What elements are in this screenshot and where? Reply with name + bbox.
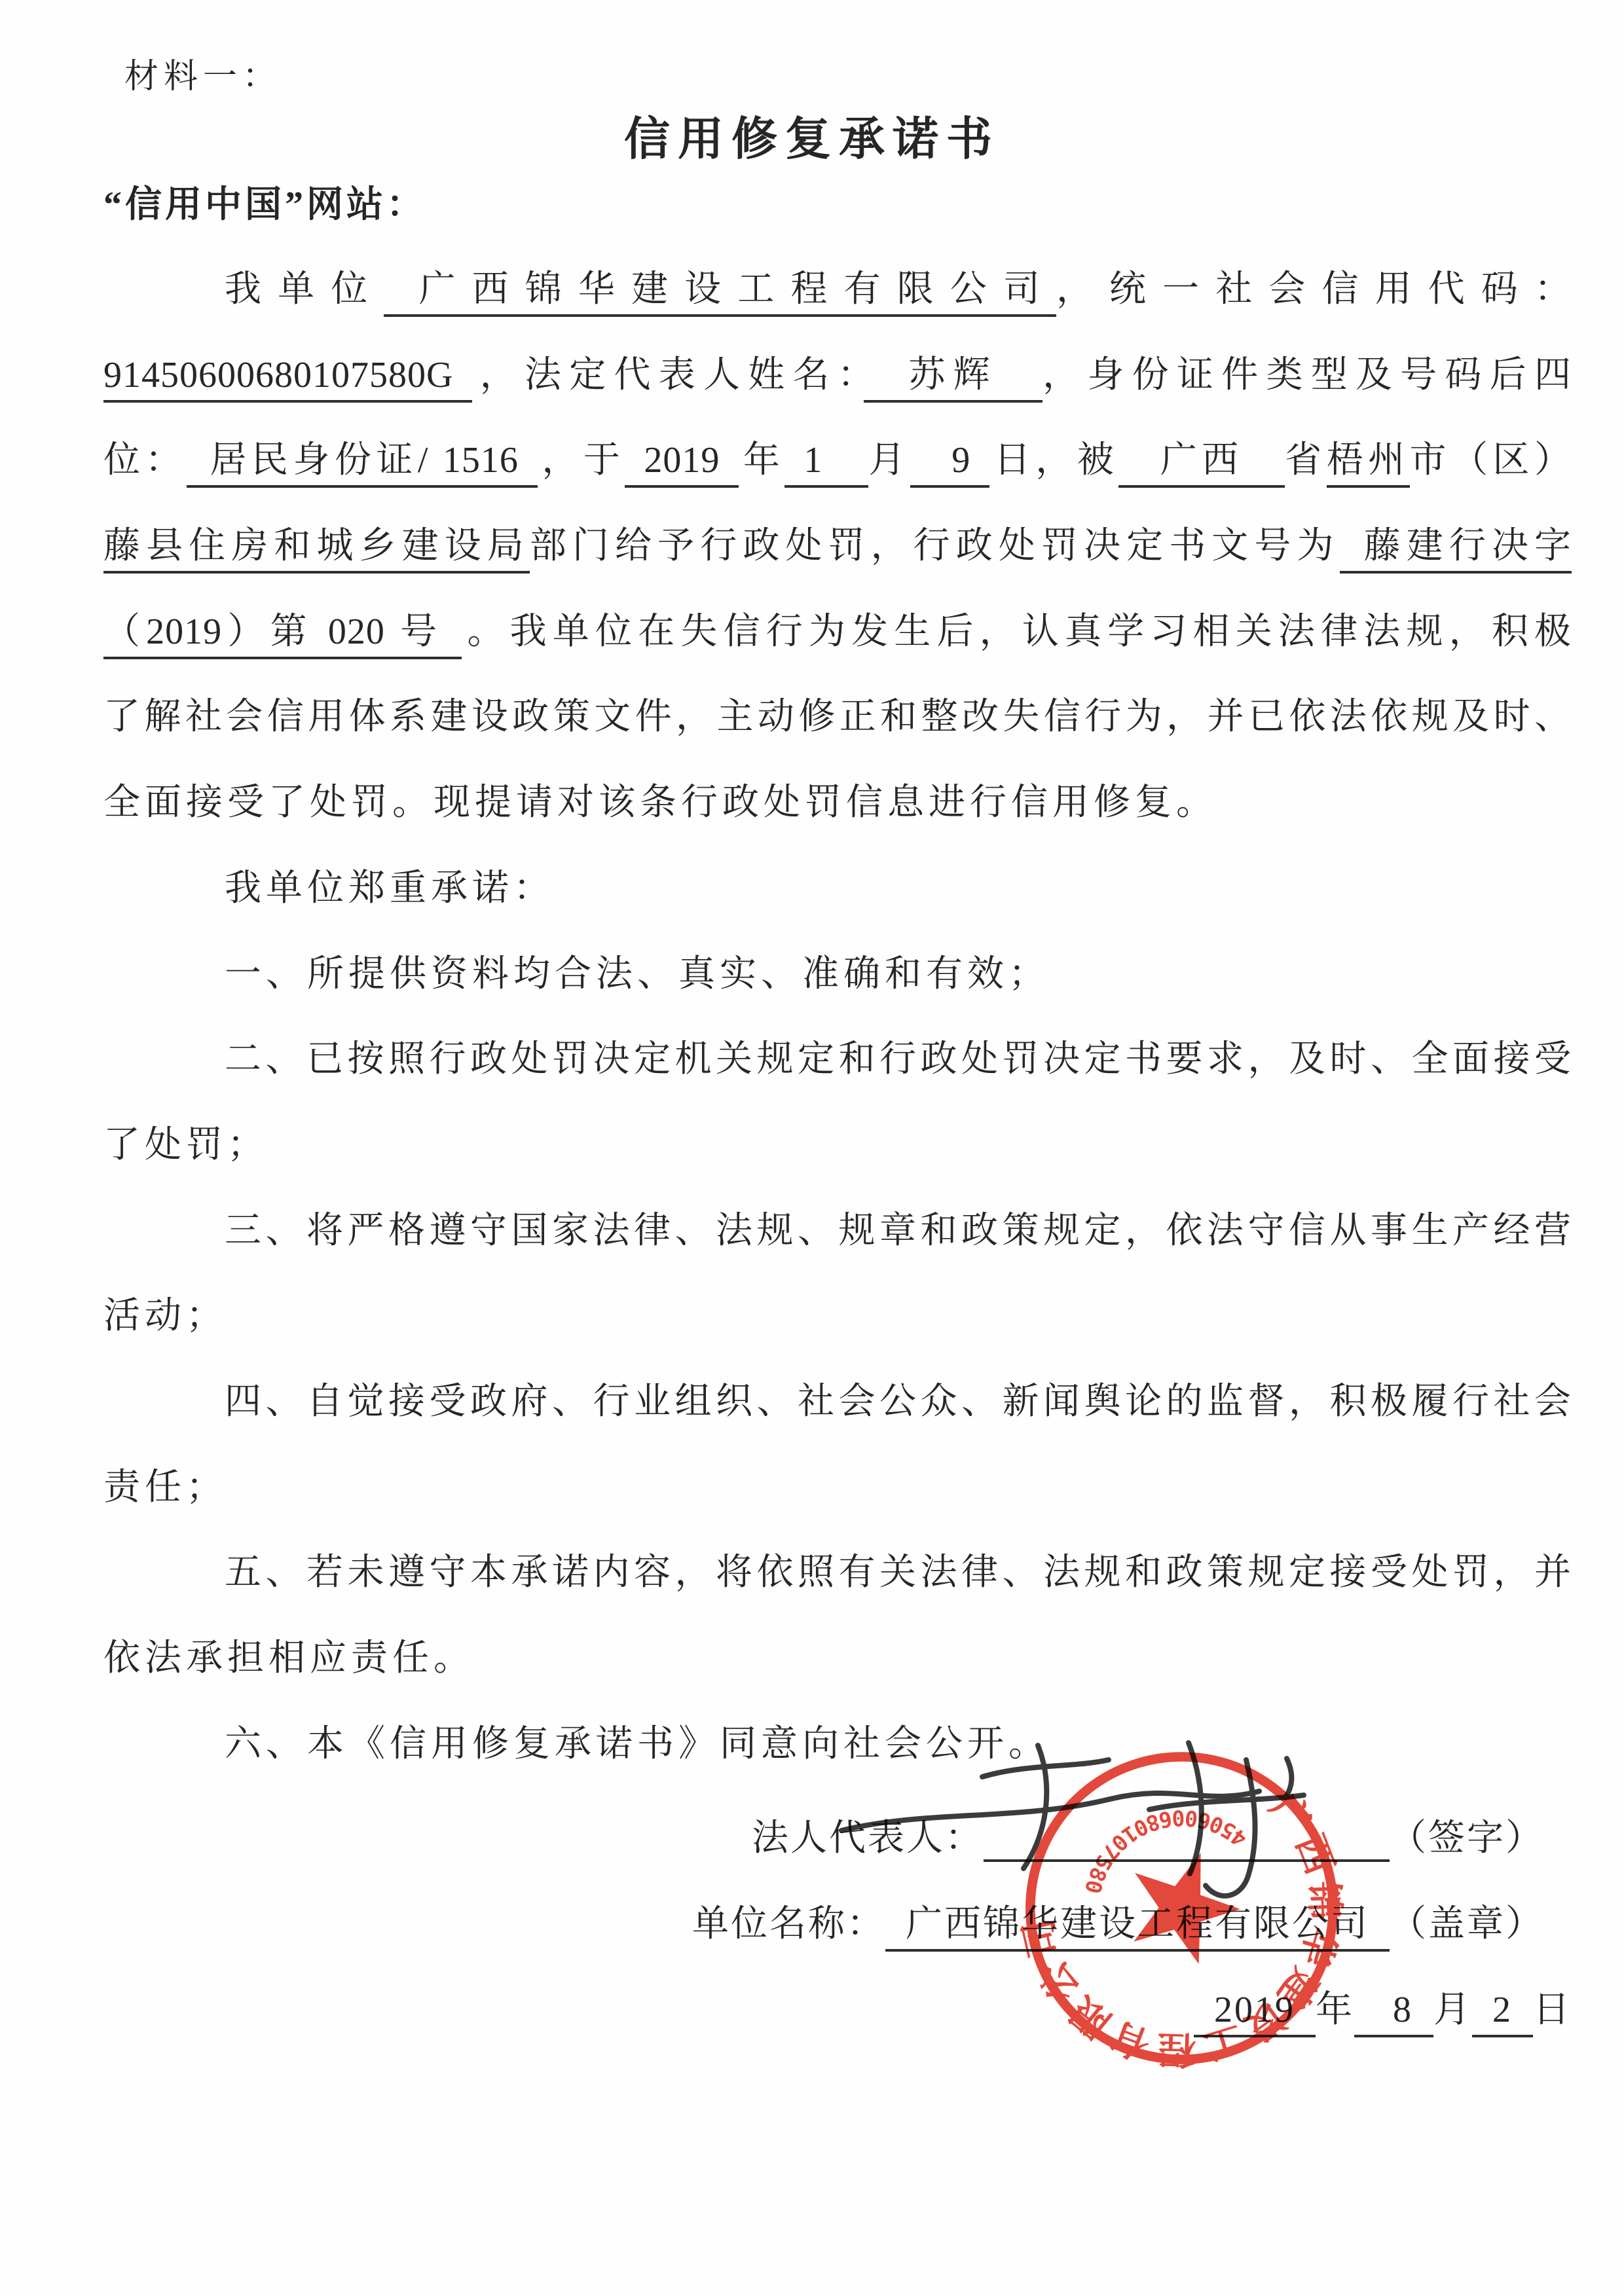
text-segment: 部门给予行政处罚，行政处罚决定书文号为	[530, 526, 1340, 566]
document-text-line: 五、若未遵守本承诺内容，将依照有关法律、法规和政策规定接受处罚，并	[103, 1530, 1572, 1616]
text-segment: 省	[1285, 440, 1326, 481]
document-text-line: 四、自觉接受政府、行业组织、社会公众、新闻舆论的监督，积极履行社会	[103, 1359, 1572, 1445]
text-segment: 年	[1316, 1990, 1354, 2030]
date-line: 2019 年 8 月 2 日	[103, 1967, 1572, 2053]
filled-form-field: 梧州	[1327, 440, 1410, 488]
filled-form-field: 广西锦华建设工程有限公司	[384, 269, 1056, 317]
filled-form-field: 藤建行决字	[1340, 526, 1572, 574]
document-text-line: 藤县住房和城乡建设局部门给予行政处罚，行政处罚决定书文号为 藤建行决字	[103, 503, 1572, 589]
text-segment: ，法定代表人姓名：	[472, 355, 864, 395]
document-title: 信用修复承诺书	[0, 102, 1624, 168]
document-text-line: 了解社会信用体系建设政策文件，主动修正和整改失信行为，并已依法依规及时、	[103, 674, 1572, 760]
text-segment: 三、将严格遵守国家法律、法规、规章和政策规定，依法守信从事生产经营	[225, 1211, 1572, 1251]
filled-form-field: 居民身份证/ 1516	[187, 440, 538, 488]
text-segment: 日，被	[989, 440, 1118, 481]
text-segment: 活动；	[103, 1296, 227, 1336]
document-text-line: 了处罚；	[103, 1102, 1572, 1188]
filled-form-field: 2019	[1194, 1990, 1316, 2037]
text-segment: 二、已按照行政处罚决定机关规定和行政处罚决定书要求，及时、全面接受	[225, 1039, 1572, 1080]
text-segment: 日	[1533, 1990, 1572, 2030]
filled-form-field: 8	[1354, 1990, 1433, 2037]
text-segment: 位：	[103, 440, 187, 481]
text-segment: 五、若未遵守本承诺内容，将依照有关法律、法规和政策规定接受处罚，并	[225, 1552, 1572, 1593]
text-segment: 月	[868, 440, 910, 481]
text-segment: 法人代表人：	[752, 1818, 984, 1859]
document-text-line: 三、将严格遵守国家法律、法规、规章和政策规定，依法守信从事生产经营	[103, 1188, 1572, 1274]
material-label: 材料一：	[124, 48, 282, 98]
text-segment: （签字）	[1390, 1818, 1544, 1859]
filled-form-field: 苏辉	[864, 355, 1043, 403]
text-segment: 六、本《信用修复承诺书》同意向社会公开。	[225, 1724, 1050, 1764]
document-body: 我单位 广西锦华建设工程有限公司，统一社会信用代码：91450600680107…	[103, 247, 1572, 2052]
document-text-line: 依法承担相应责任。	[103, 1616, 1572, 1702]
filled-form-field: 91450600680107580G	[103, 355, 472, 403]
company-name-line: 单位名称： 广西锦华建设工程有限公司 （盖章）	[103, 1882, 1572, 1967]
text-segment: 全面接受了处罚。现提请对该条行政处罚信息进行信用修复。	[103, 782, 1217, 823]
filled-form-field: 广西锦华建设工程有限公司	[885, 1904, 1390, 1952]
text-segment: ，统一社会信用代码：	[1056, 269, 1572, 310]
text-segment: 年	[739, 440, 784, 481]
text-segment: 一、所提供资料均合法、真实、准确和有效；	[225, 954, 1050, 994]
filled-form-field: 藤县住房和城乡建设局	[103, 526, 530, 574]
document-text-line: 我单位 广西锦华建设工程有限公司，统一社会信用代码：	[103, 247, 1572, 333]
document-text-line: 91450600680107580G ，法定代表人姓名： 苏辉 ，身份证件类型及…	[103, 333, 1572, 418]
filled-form-field: 广西	[1118, 440, 1285, 488]
text-segment: （盖章）	[1390, 1904, 1544, 1944]
text-segment: 了解社会信用体系建设政策文件，主动修正和整改失信行为，并已依法依规及时、	[103, 697, 1572, 737]
document-text-line: 六、本《信用修复承诺书》同意向社会公开。	[103, 1702, 1572, 1787]
text-segment: ，身份证件类型及号码后四	[1043, 355, 1572, 395]
document-text-line: 全面接受了处罚。现提请对该条行政处罚信息进行信用修复。	[103, 760, 1572, 846]
text-segment: 我单位	[225, 269, 384, 310]
filled-form-field: （2019）第 020 号	[103, 611, 462, 659]
filled-form-field: 2019	[625, 440, 739, 488]
text-segment: 月	[1433, 1990, 1472, 2030]
text-segment: 。我单位在失信行为发生后，认真学习相关法律法规，积极	[462, 611, 1572, 652]
text-segment: 责任；	[103, 1467, 227, 1508]
document-text-line: （2019）第 020 号 。我单位在失信行为发生后，认真学习相关法律法规，积极	[103, 589, 1572, 675]
document-text-line: 位： 居民身份证/ 1516 ，于 2019 年 1 月 9 日，被 广西 省梧…	[103, 418, 1572, 503]
text-segment: 四、自觉接受政府、行业组织、社会公众、新闻舆论的监督，积极履行社会	[225, 1381, 1572, 1422]
document-text-line: 活动；	[103, 1273, 1572, 1359]
salutation: “信用中国”网站：	[103, 175, 426, 228]
document-text-line: 一、所提供资料均合法、真实、准确和有效；	[103, 932, 1572, 1017]
blank-signature-field	[984, 1814, 1390, 1862]
text-segment: ，于	[538, 440, 625, 481]
document-text-line: 二、已按照行政处罚决定机关规定和行政处罚决定书要求，及时、全面接受	[103, 1017, 1572, 1102]
text-segment: 依法承担相应责任。	[103, 1638, 475, 1679]
filled-form-field: 9	[910, 440, 989, 488]
text-segment: 单位名称：	[692, 1904, 885, 1944]
text-segment: 了处罚；	[103, 1125, 268, 1165]
document-text-line: 责任；	[103, 1445, 1572, 1531]
filled-form-field: 2	[1472, 1990, 1533, 2037]
text-segment: 我单位郑重承诺：	[225, 868, 555, 909]
document-text-line: 我单位郑重承诺：	[103, 846, 1572, 932]
legal-rep-signature-line: 法人代表人：（签字）	[103, 1796, 1572, 1882]
text-segment: 市（区）	[1410, 440, 1572, 481]
scanned-document-page: 材料一： 信用修复承诺书 “信用中国”网站： 我单位 广西锦华建设工程有限公司，…	[0, 0, 1624, 2296]
filled-form-field: 1	[784, 440, 868, 488]
